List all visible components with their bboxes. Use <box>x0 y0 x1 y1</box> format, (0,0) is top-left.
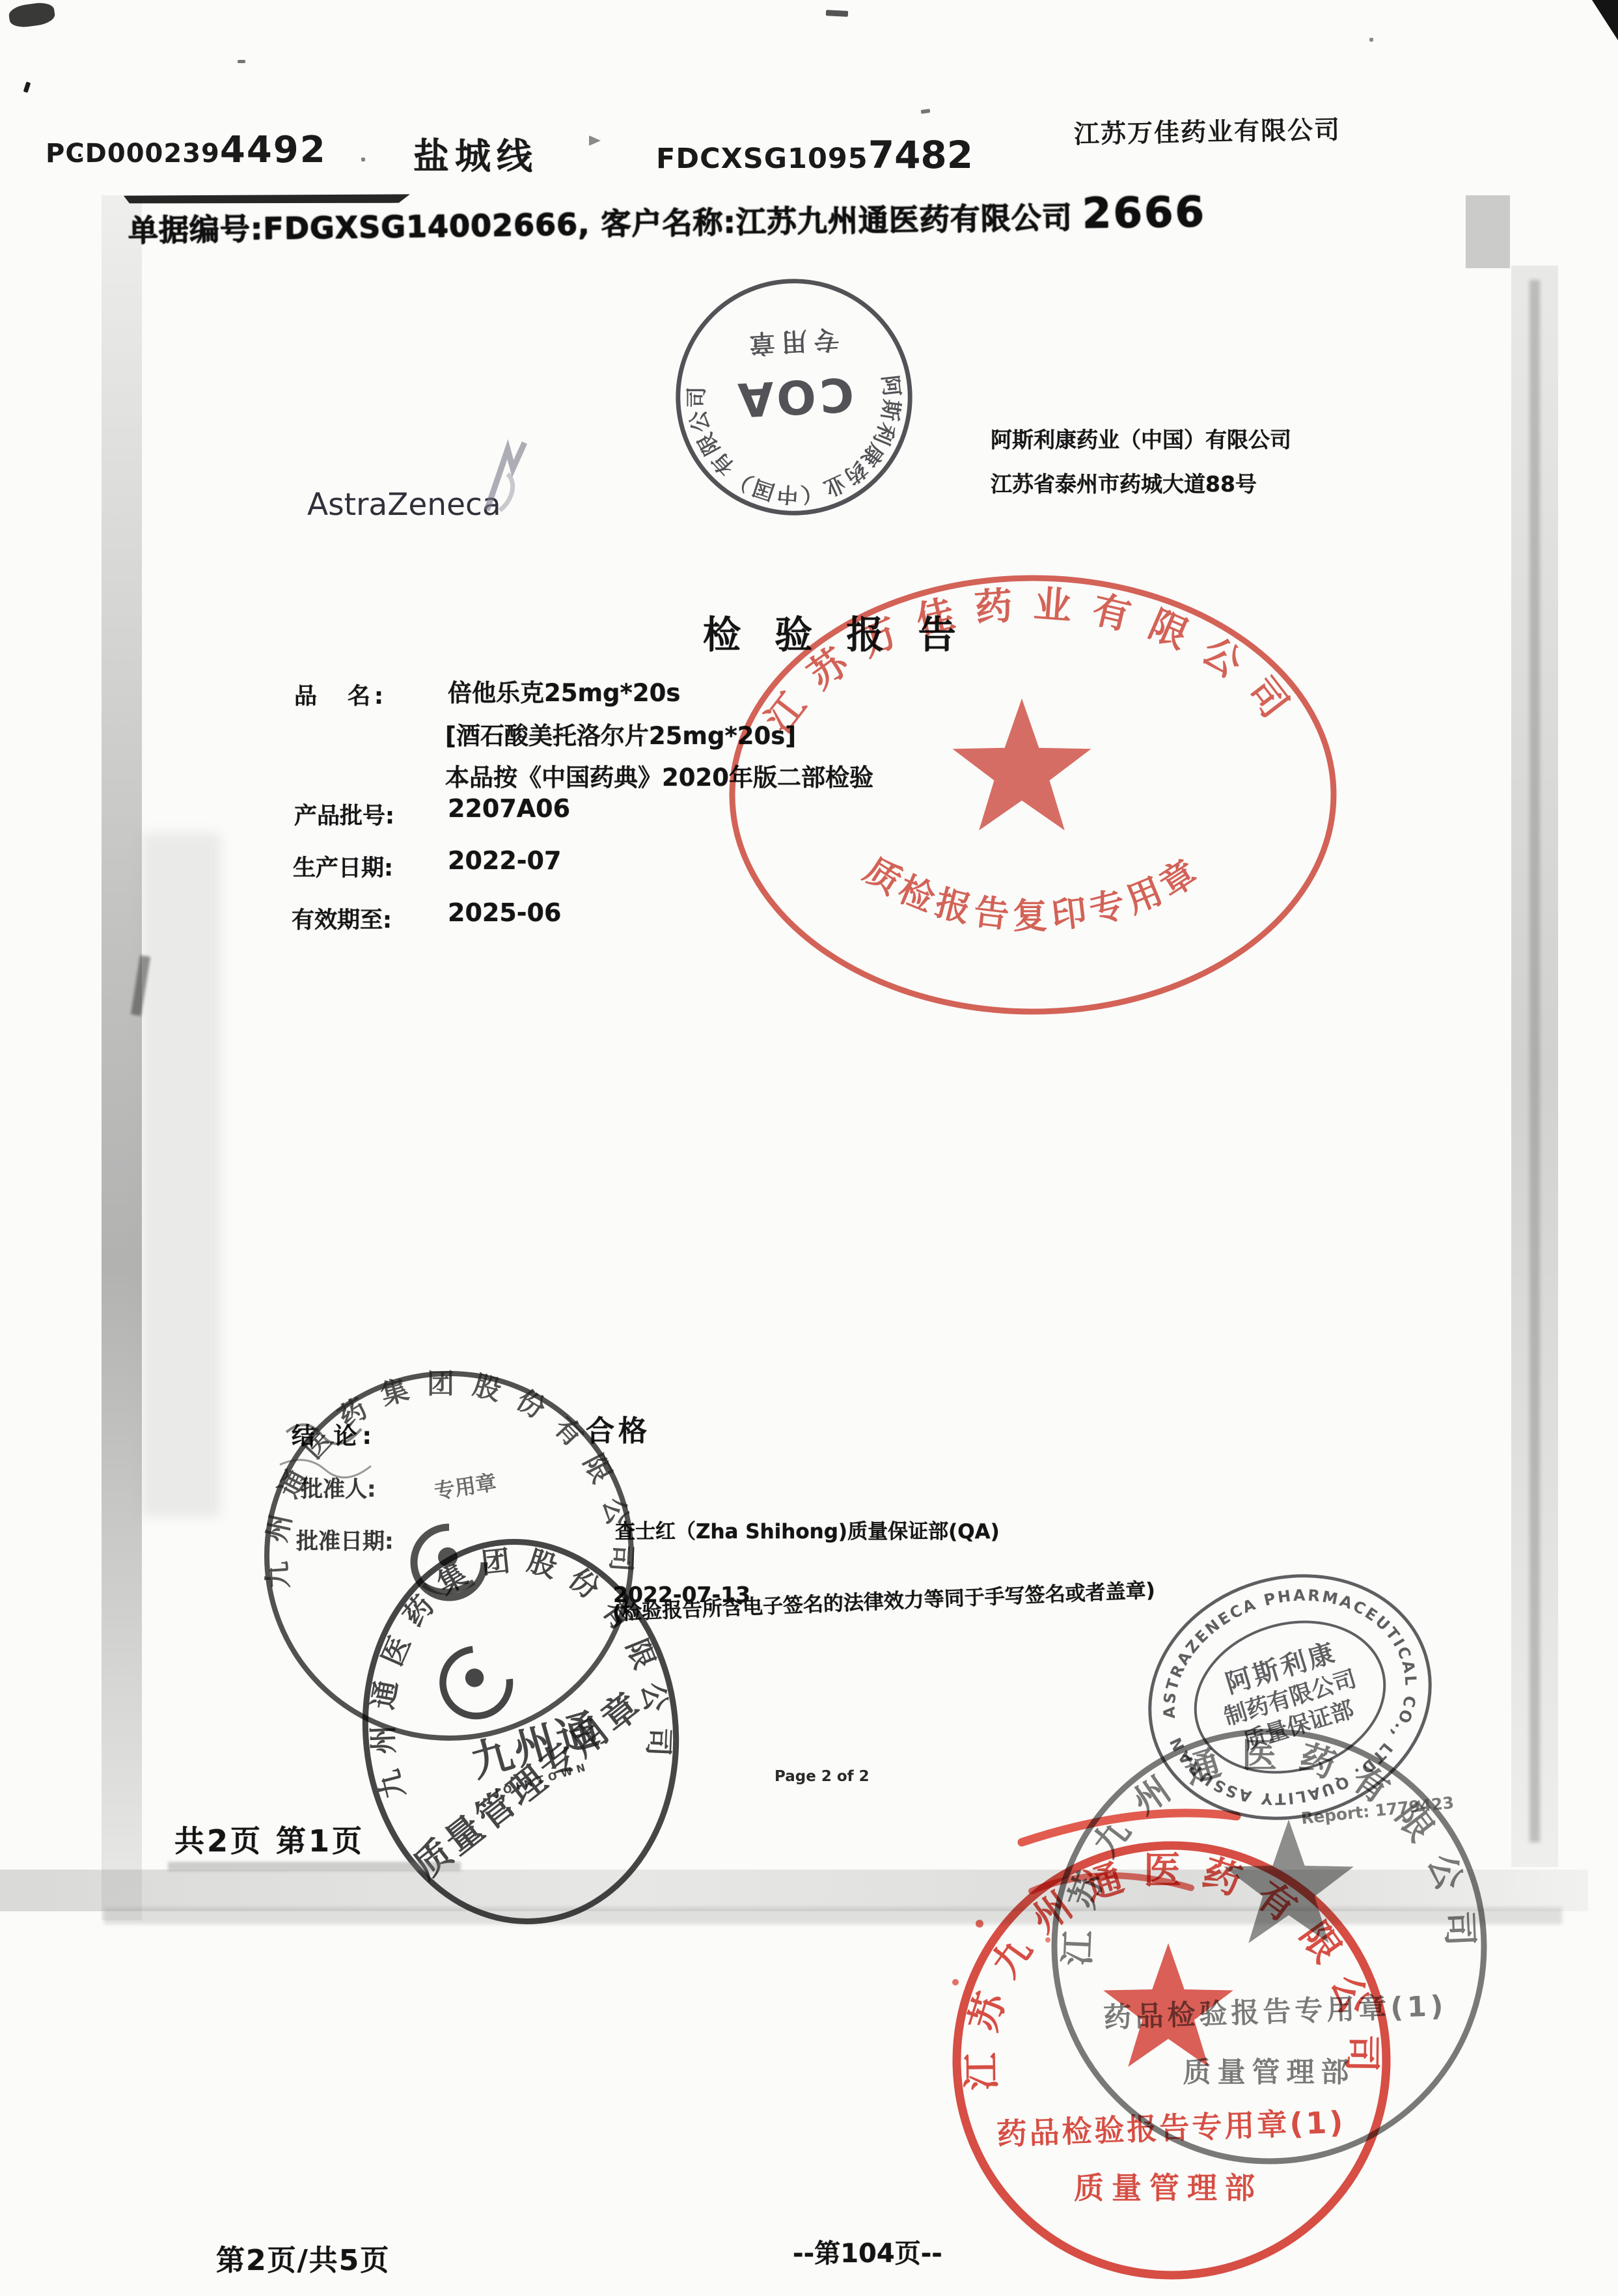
scan-corner-mark-topleft <box>8 1 56 29</box>
waybill-code: FDCXSG10957482 <box>656 133 973 177</box>
pagination-underline-smear <box>168 1862 461 1871</box>
red-stamp-line1: 药品检验报告专用章(1) <box>996 2105 1347 2152</box>
astrazeneca-swoosh-icon <box>474 437 539 516</box>
inner-pagination: 共2页 第1页 <box>174 1818 364 1860</box>
scanned-coa-page: PCD0002394492 盐城线 FDCXSG10957482 江苏万佳药业有… <box>0 0 1618 2296</box>
page-note: Page 2 of 2 <box>775 1768 870 1785</box>
footer-page-info: 第2页/共5页 <box>216 2237 390 2278</box>
scan-speck <box>589 135 601 146</box>
jzt-lower-diagonal-text: 质量管理专用章 <box>406 1683 651 1887</box>
batch-label: 产品批号: <box>294 798 394 831</box>
page-left-edge-shadow <box>102 195 142 1920</box>
order-bar-text: 单据编号:FDGXSG14002666, 客户名称:江苏九州通医药有限公司 <box>128 200 1073 248</box>
product-label: 品 名: <box>294 678 387 711</box>
jzt-lower-logo-icon <box>439 1646 513 1719</box>
order-bar-handwritten-code: 2666 <box>1082 188 1206 238</box>
red-stamp-star <box>1103 1943 1233 2067</box>
doc-code: PCD0002394492 <box>46 129 327 171</box>
receiver-company: 江苏万佳药业有限公司 <box>1074 109 1341 150</box>
scan-speck <box>1369 38 1373 42</box>
mfg-date-label: 生产日期: <box>293 850 393 883</box>
order-bar-gray-block <box>1466 195 1510 268</box>
wanjia-copy-stamp: 江苏万佳药业有限公司 质检报告复印专用章 <box>724 570 1342 1019</box>
mfg-date-value: 2022-07 <box>448 846 561 875</box>
svg-text:江苏万佳药业有限公司: 江苏万佳药业有限公司 <box>757 582 1309 741</box>
scan-speck <box>361 158 365 161</box>
wanjia-stamp-ring-text: 江苏万佳药业有限公司 <box>757 582 1309 741</box>
jzt-upper-fragment-text: 专用章 <box>432 1470 498 1504</box>
wanjia-stamp-star <box>952 698 1091 831</box>
doc-code-suffix: 4492 <box>220 129 327 171</box>
issuer-address: 江苏省泰州市药城大道88号 <box>991 467 1257 498</box>
coa-stamp-center-text: COA <box>733 367 855 427</box>
scan-speck <box>826 10 848 17</box>
product-name-line1: 倍他乐克25mg*20s <box>448 673 680 708</box>
jzt-inspection-stamp-red: 江苏九州通医药有限公司 药品检验报告专用章(1) 质量管理部 <box>944 1839 1399 2295</box>
footer-page-number: --第104页-- <box>793 2233 942 2270</box>
coa-stamp-sub-text: 专用章 <box>742 324 840 359</box>
waybill-suffix: 7482 <box>868 133 973 177</box>
coa-stamp: 阿斯利康药业（中国）有限公司 COA 专用章 <box>659 262 929 533</box>
scan-speck <box>23 81 31 92</box>
route-name: 盐城线 <box>413 128 538 179</box>
scan-speck <box>238 60 245 63</box>
issuer-name: 阿斯利康药业（中国）有限公司 <box>991 423 1291 454</box>
svg-text:质检报告复印专用章: 质检报告复印专用章 <box>857 850 1209 937</box>
expiry-value: 2025-06 <box>448 898 561 927</box>
scan-speck <box>921 109 931 114</box>
scan-corner-mark-topright <box>1592 0 1618 40</box>
page-left-soft-shadow <box>142 833 220 1517</box>
waybill-prefix: FDCXSG1095 <box>656 143 868 175</box>
batch-value: 2207A06 <box>448 794 570 823</box>
wanjia-stamp-bottom-text: 质检报告复印专用章 <box>857 850 1209 937</box>
doc-code-prefix: PCD000239 <box>46 139 220 169</box>
astrazeneca-logo-text: AstraZeneca <box>307 487 501 523</box>
page-right-edge-core <box>1529 280 1540 1842</box>
red-stamp-line2: 质量管理部 <box>1074 2170 1263 2206</box>
expiry-label: 有效期至: <box>292 902 392 935</box>
